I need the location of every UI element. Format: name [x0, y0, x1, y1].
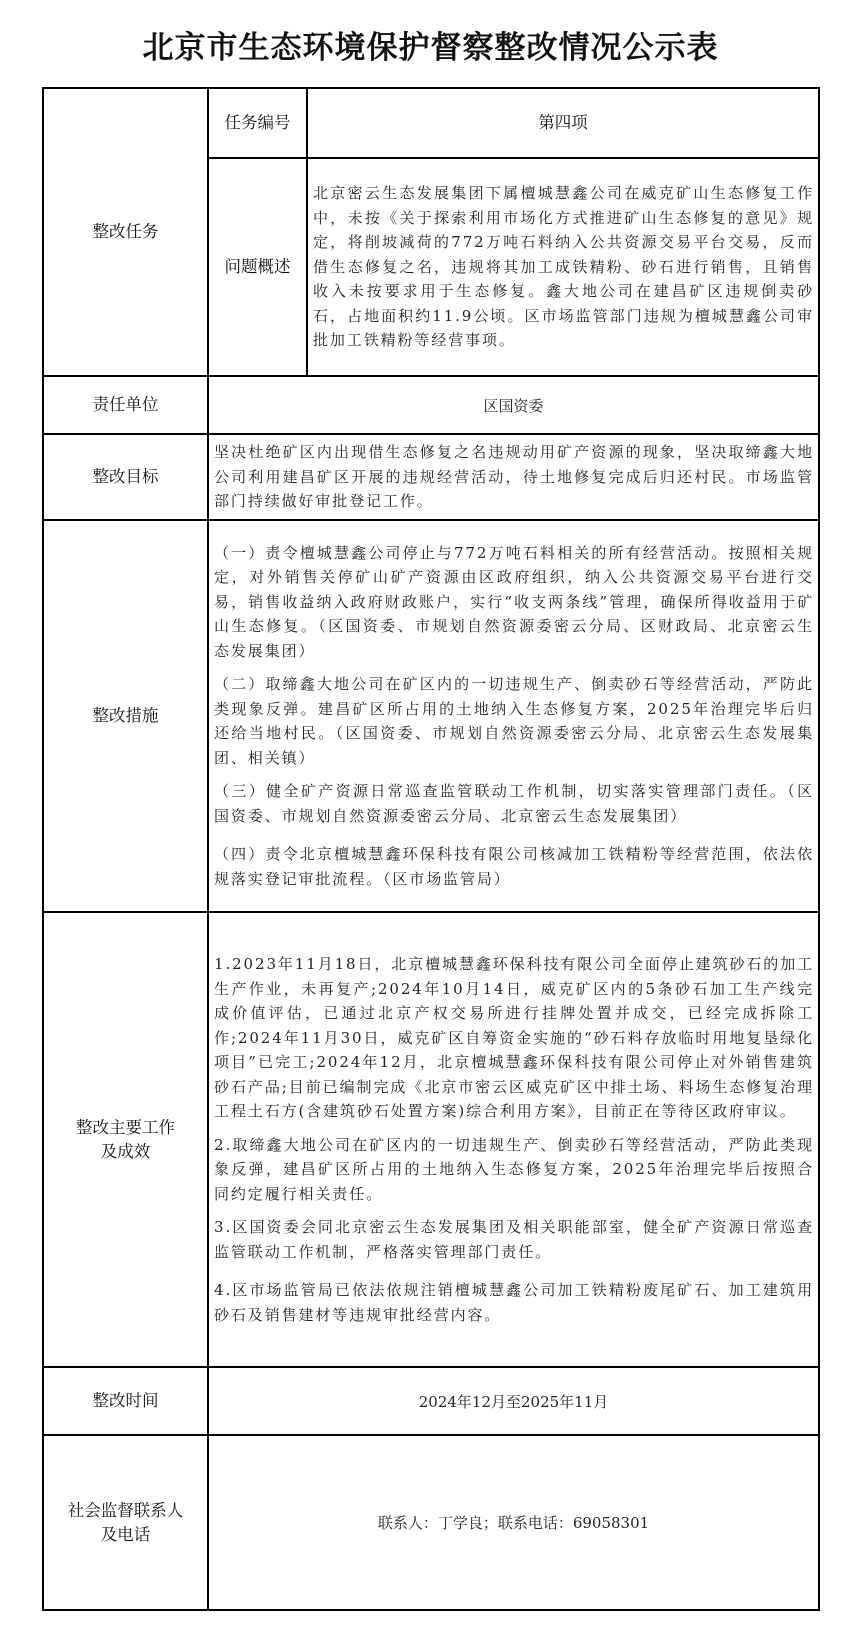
- contact-label: 社会监督联系人 及电话: [43, 1435, 208, 1610]
- results-label-line1: 整改主要工作: [44, 1116, 207, 1140]
- summary-text: 北京密云生态发展集团下属檀城慧鑫公司在威克矿山生态修复工作中，未按《关于探索利用…: [308, 181, 818, 353]
- result-item: 4.区市场监管局已依法依规注销檀城慧鑫公司加工铁精粉废尾矿石、加工建筑用砂石及销…: [209, 1278, 818, 1327]
- row-results: 整改主要工作 及成效 1.2023年11月18日，北京檀城慧鑫环保科技有限公司全…: [43, 912, 819, 1367]
- contact-value: 联系人：丁学良；联系电话：69058301: [208, 1435, 819, 1610]
- goal-cell: 坚决杜绝矿区内出现借生态修复之名违规动用矿产资源的现象，坚决取缔鑫大地公司利用建…: [208, 434, 819, 520]
- unit-value: 区国资委: [208, 376, 819, 434]
- time-label: 整改时间: [43, 1367, 208, 1435]
- measure-item: （四）责令北京檀城慧鑫环保科技有限公司核减加工铁精粉等经营范围，依法依规落实登记…: [209, 842, 818, 891]
- measures-label: 整改措施: [43, 520, 208, 912]
- page-title: 北京市生态环境保护督察整改情况公示表: [0, 22, 861, 67]
- results-label: 整改主要工作 及成效: [43, 912, 208, 1367]
- unit-label: 责任单位: [43, 376, 208, 434]
- disclosure-table: 整改任务 任务编号 第四项 问题概述 北京密云生态发展集团下属檀城慧鑫公司在威克…: [42, 87, 820, 1611]
- task-number-label: 任务编号: [208, 88, 307, 158]
- measure-item: （一）责令檀城慧鑫公司停止与772万吨石料相关的所有经营活动。按照相关规定，对外…: [209, 541, 818, 664]
- result-item: 3.区国资委会同北京密云生态发展集团及相关职能部室，健全矿产资源日常巡查监管联动…: [209, 1215, 818, 1264]
- measures-cell: （一）责令檀城慧鑫公司停止与772万吨石料相关的所有经营活动。按照相关规定，对外…: [208, 520, 819, 912]
- goal-label: 整改目标: [43, 434, 208, 520]
- contact-label-line2: 及电话: [44, 1523, 207, 1547]
- row-goal: 整改目标 坚决杜绝矿区内出现借生态修复之名违规动用矿产资源的现象，坚决取缔鑫大地…: [43, 434, 819, 520]
- results-cell: 1.2023年11月18日，北京檀城慧鑫环保科技有限公司全面停止建筑砂石的加工生…: [208, 912, 819, 1367]
- goal-text: 坚决杜绝矿区内出现借生态修复之名违规动用矿产资源的现象，坚决取缔鑫大地公司利用建…: [209, 440, 818, 514]
- row-responsible-unit: 责任单位 区国资委: [43, 376, 819, 434]
- result-item: 1.2023年11月18日，北京檀城慧鑫环保科技有限公司全面停止建筑砂石的加工生…: [209, 952, 818, 1124]
- contact-label-line1: 社会监督联系人: [44, 1499, 207, 1523]
- measure-item: （三）健全矿产资源日常巡查监管联动工作机制，切实落实管理部门责任。（区国资委、市…: [209, 779, 818, 828]
- row-time: 整改时间 2024年12月至2025年11月: [43, 1367, 819, 1435]
- task-number-value: 第四项: [307, 88, 819, 158]
- measure-item: （二）取缔鑫大地公司在矿区内的一切违规生产、倒卖砂石等经营活动，严防此类现象反弹…: [209, 672, 818, 770]
- row-task-number: 整改任务 任务编号 第四项: [43, 88, 819, 158]
- results-label-line2: 及成效: [44, 1140, 207, 1164]
- summary-label: 问题概述: [208, 158, 307, 376]
- time-value: 2024年12月至2025年11月: [208, 1367, 819, 1435]
- row-measures: 整改措施 （一）责令檀城慧鑫公司停止与772万吨石料相关的所有经营活动。按照相关…: [43, 520, 819, 912]
- row-contact: 社会监督联系人 及电话 联系人：丁学良；联系电话：69058301: [43, 1435, 819, 1610]
- summary-cell: 北京密云生态发展集团下属檀城慧鑫公司在威克矿山生态修复工作中，未按《关于探索利用…: [307, 158, 819, 376]
- task-label: 整改任务: [43, 88, 208, 376]
- result-item: 2.取缔鑫大地公司在矿区内的一切违规生产、倒卖砂石等经营活动，严防此类现象反弹，…: [209, 1133, 818, 1207]
